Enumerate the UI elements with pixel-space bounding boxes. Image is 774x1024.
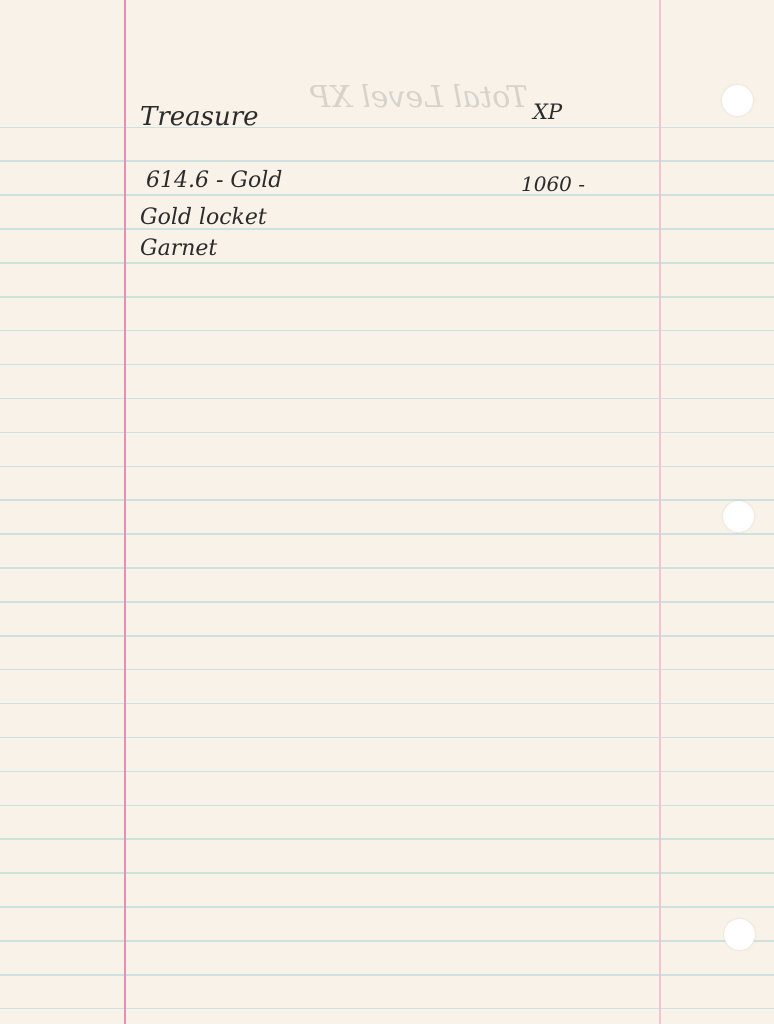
entry-row-1: 614.6 - Gold bbox=[146, 168, 282, 193]
rule-line bbox=[0, 669, 774, 671]
rule-line bbox=[0, 838, 774, 840]
rule-line bbox=[0, 466, 774, 468]
rule-line bbox=[0, 635, 774, 637]
right-margin-line bbox=[659, 0, 661, 1024]
entry-row-3: Garnet bbox=[140, 236, 217, 261]
rule-line bbox=[0, 567, 774, 569]
punch-hole-top bbox=[722, 85, 753, 116]
rule-line bbox=[0, 906, 774, 908]
rule-line bbox=[0, 228, 774, 230]
rule-line bbox=[0, 432, 774, 434]
rule-line bbox=[0, 160, 774, 162]
punch-hole-middle bbox=[723, 501, 754, 532]
entry-row-2: Gold locket bbox=[140, 205, 267, 230]
rule-line bbox=[0, 127, 774, 129]
punch-hole-bottom bbox=[724, 919, 755, 950]
notebook-page: Total Level XP Treasure XP 614.6 - Gold … bbox=[0, 0, 774, 1024]
column-header-xp: XP bbox=[533, 100, 562, 124]
rule-line bbox=[0, 262, 774, 264]
rule-line bbox=[0, 398, 774, 400]
rule-line bbox=[0, 771, 774, 773]
heading-treasure: Treasure bbox=[140, 102, 259, 132]
rule-line bbox=[0, 499, 774, 501]
rule-line bbox=[0, 296, 774, 298]
bleed-through-text: Total Level XP bbox=[310, 80, 528, 115]
left-margin-line bbox=[124, 0, 126, 1024]
rule-line bbox=[0, 940, 774, 942]
rule-line bbox=[0, 194, 774, 196]
entry-row-1-xp: 1060 - bbox=[521, 172, 585, 196]
rule-line bbox=[0, 601, 774, 603]
rule-line bbox=[0, 872, 774, 874]
ruled-lines bbox=[0, 0, 774, 1024]
rule-line bbox=[0, 703, 774, 705]
rule-line bbox=[0, 364, 774, 366]
rule-line bbox=[0, 737, 774, 739]
rule-line bbox=[0, 974, 774, 976]
rule-line bbox=[0, 805, 774, 807]
rule-line bbox=[0, 1008, 774, 1010]
rule-line bbox=[0, 533, 774, 535]
rule-line bbox=[0, 330, 774, 332]
